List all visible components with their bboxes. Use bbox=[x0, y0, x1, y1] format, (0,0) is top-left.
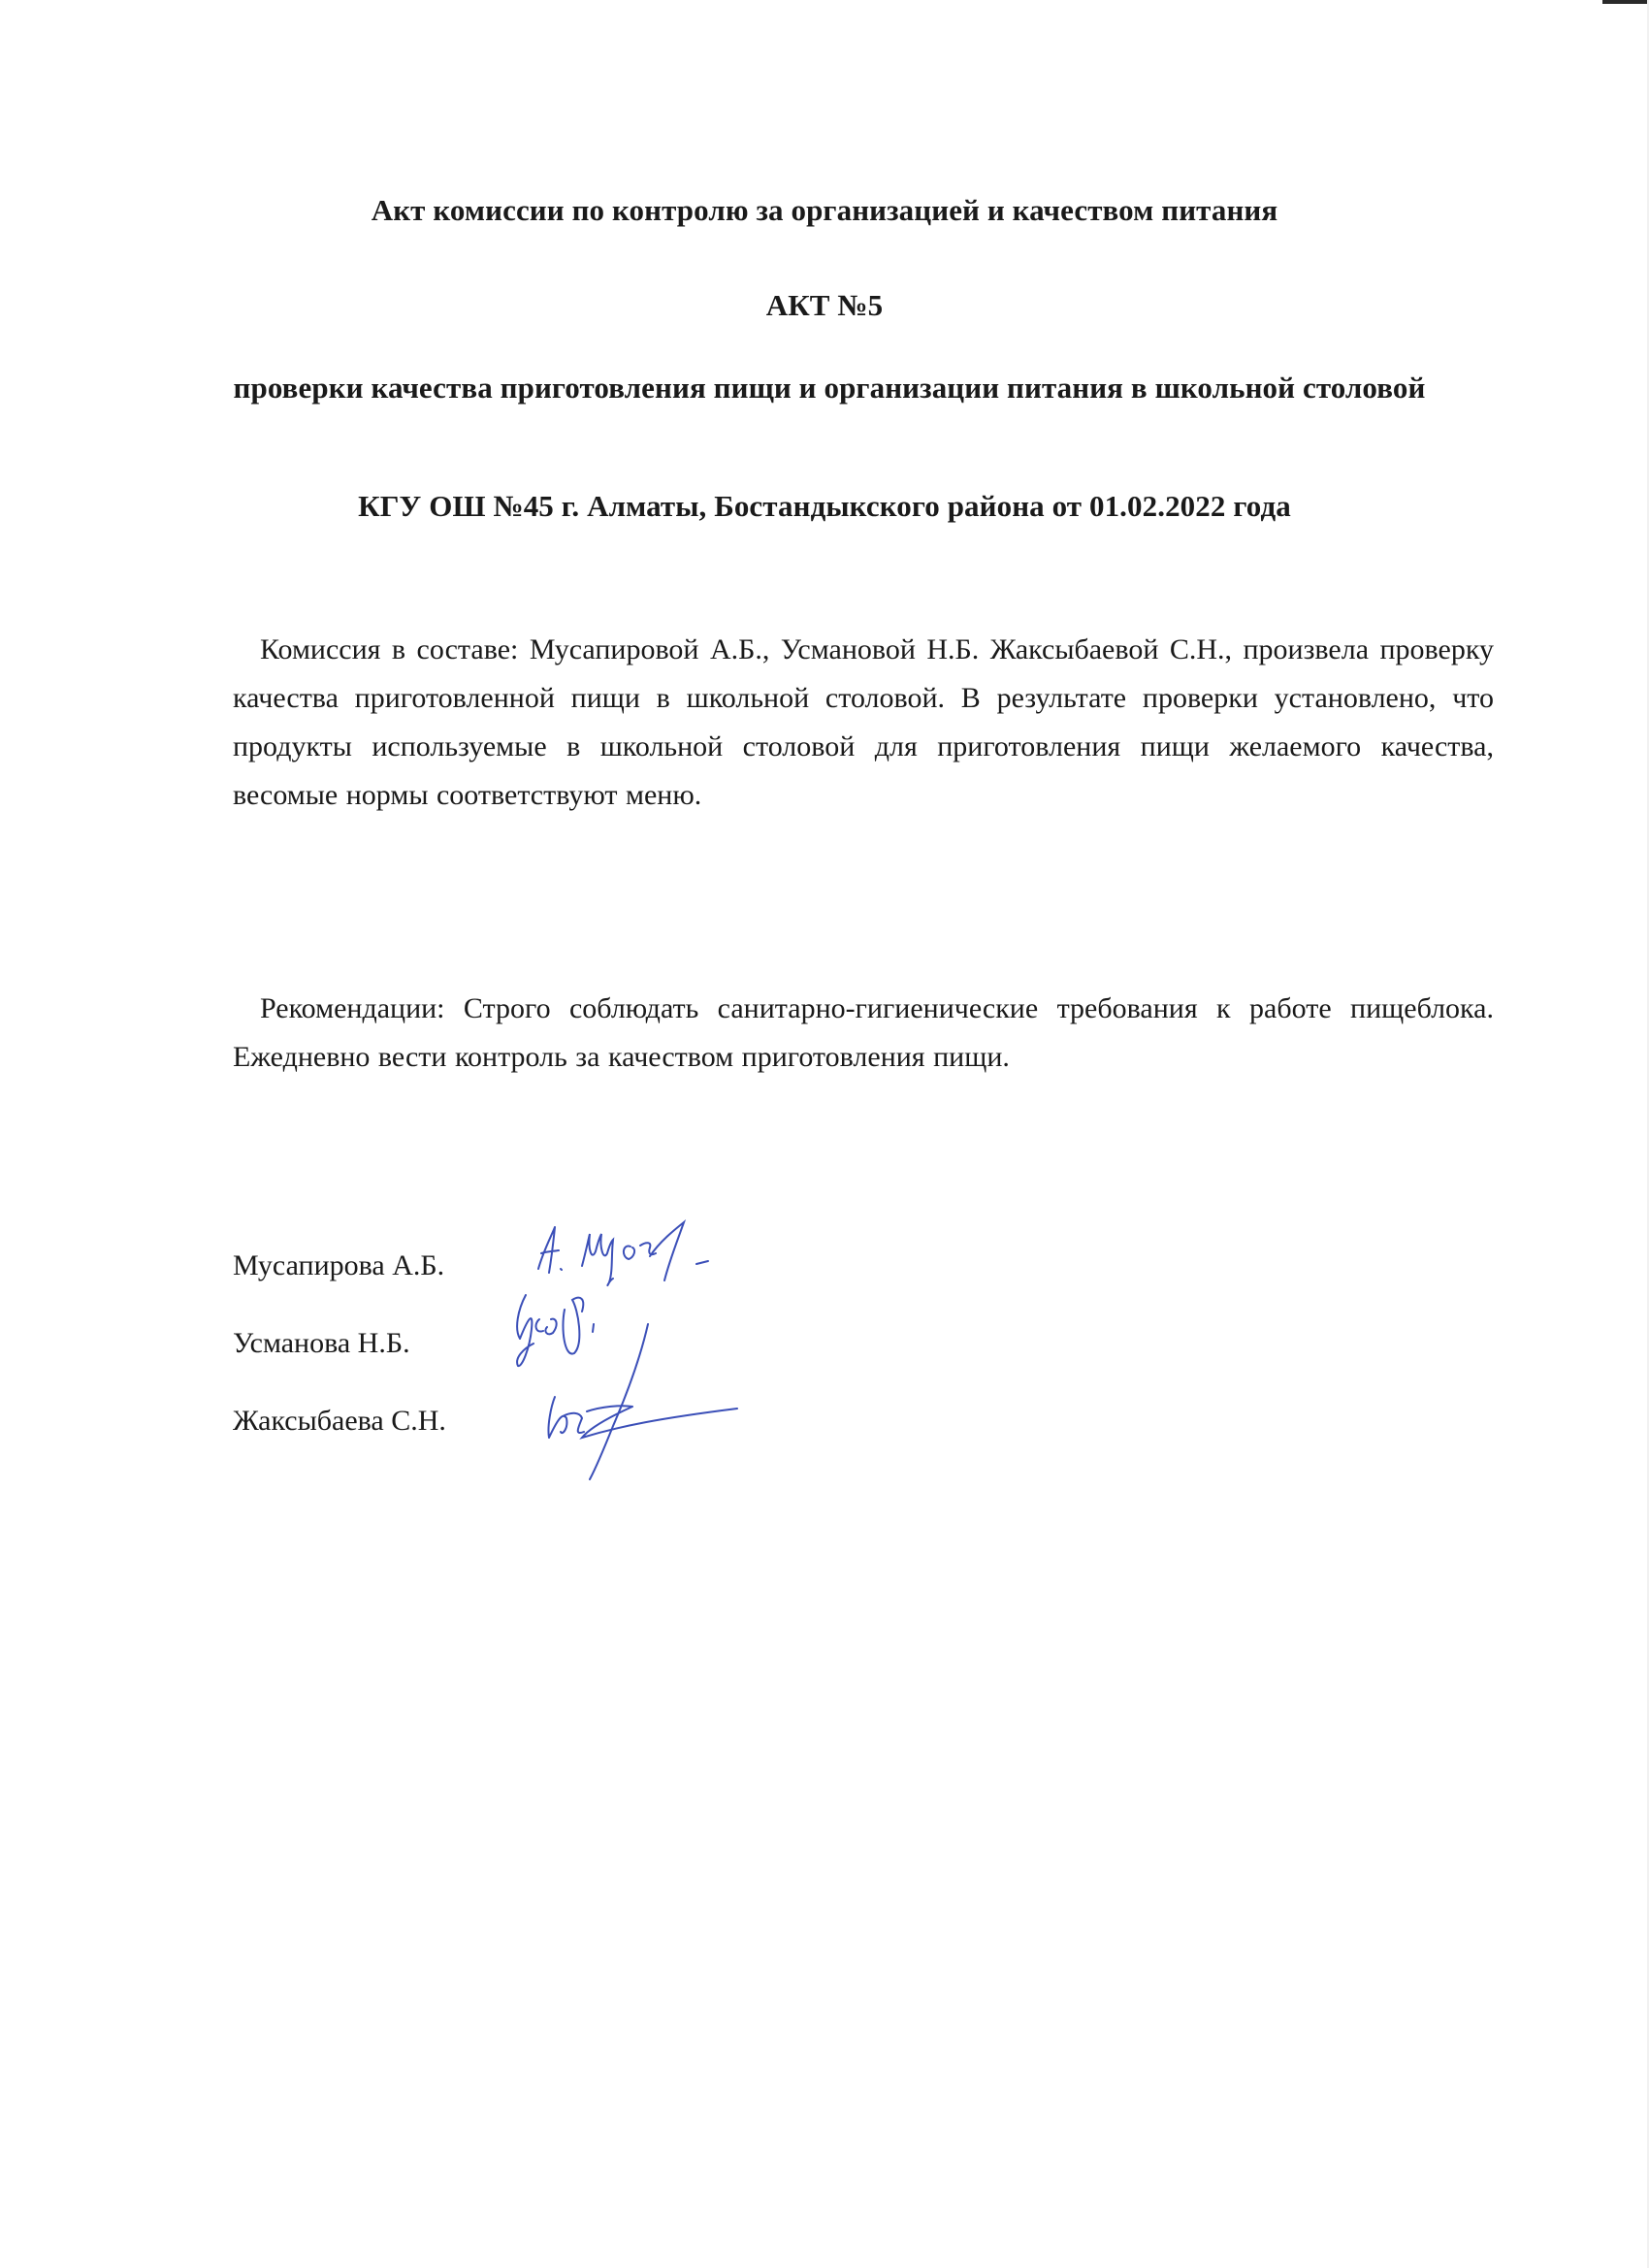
document-subtitle: проверки качества приготовления пищи и о… bbox=[233, 367, 1426, 409]
recommendations-paragraph: Рекомендации: Строго соблюдать санитарно… bbox=[233, 985, 1494, 1082]
school-date-line: КГУ ОШ №45 г. Алматы, Бостандыкского рай… bbox=[0, 485, 1649, 528]
commission-paragraph: Комиссия в составе: Мусапировой А.Б., Ус… bbox=[233, 626, 1494, 820]
signatory-name: Мусапирова А.Б. bbox=[233, 1247, 444, 1285]
document-title: Акт комиссии по контролю за организацией… bbox=[0, 189, 1649, 232]
act-number: АКТ №5 bbox=[0, 284, 1649, 327]
scan-edge-mark bbox=[1602, 0, 1649, 4]
signatory-name: Усманова Н.Б. bbox=[233, 1324, 410, 1363]
handwritten-signatures-icon bbox=[504, 1203, 757, 1494]
signatory-name: Жаксыбаева С.Н. bbox=[233, 1402, 446, 1441]
